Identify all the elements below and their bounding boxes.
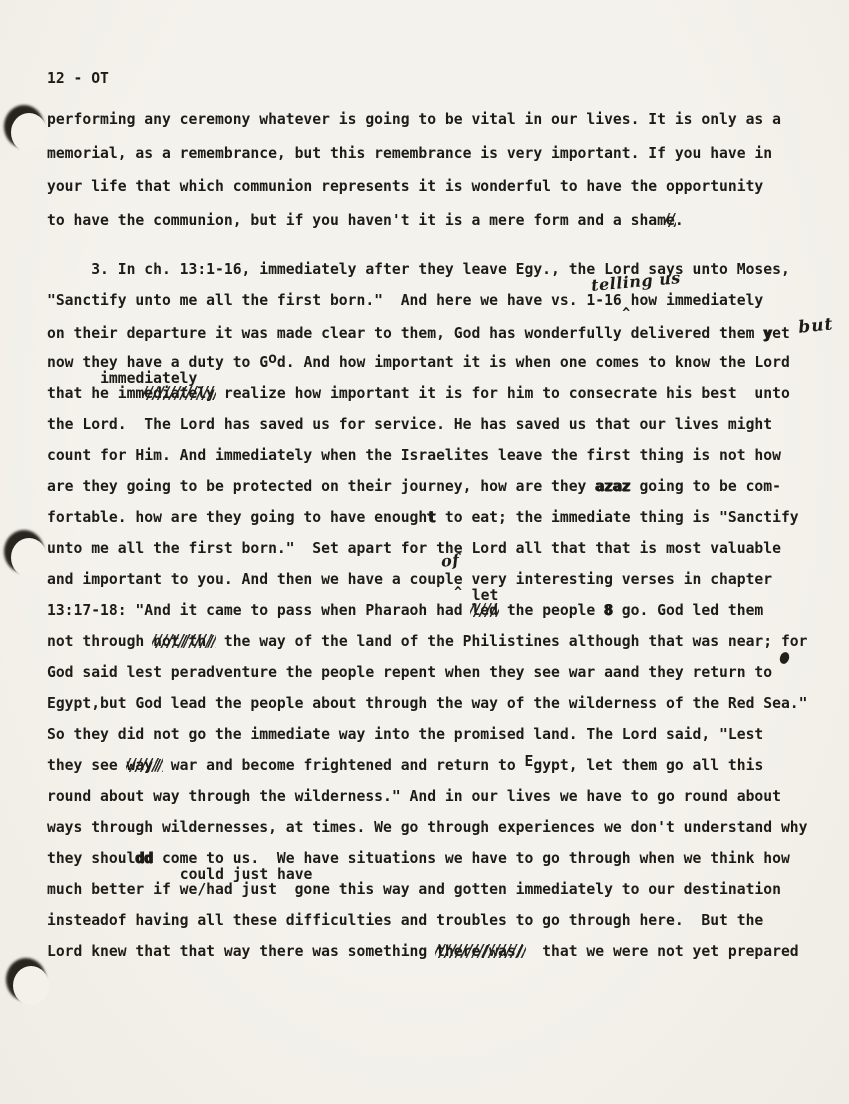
- typed-text: Lord knew that that way there was someth…: [47, 943, 436, 960]
- struck-out-text: ediately: [144, 385, 215, 402]
- text-line: and important to you. And then we have a…: [47, 571, 829, 602]
- text-line: ways through wildernesses, at times. We …: [47, 819, 829, 850]
- hole-punch-mark: [4, 105, 44, 148]
- text-line: the Lord. The Lord has saved us for serv…: [47, 416, 829, 447]
- text-line: So they did not go the immediate way int…: [47, 726, 829, 757]
- typed-text: fortable. how are they going to have eno…: [47, 509, 427, 526]
- page-number-header: 12 - OT: [47, 70, 829, 103]
- typed-text: o: [268, 350, 277, 367]
- struck-out-text: not/th/: [153, 633, 215, 650]
- text-line: on their departure it was made clear to …: [47, 323, 829, 354]
- text-line: to have the communion, but if you haven'…: [47, 212, 829, 246]
- insertion-caret-mark: ^: [622, 306, 630, 321]
- typed-text: 13:17-18: "And it came to pass when Phar…: [47, 602, 471, 619]
- typed-text: performing any ceremony whatever is goin…: [47, 111, 781, 128]
- handwritten-insertion: of: [440, 550, 460, 571]
- typed-text: go. God led them: [613, 602, 763, 619]
- struck-out-text: there/was/: [436, 943, 524, 960]
- typed-text: they shoul: [47, 850, 135, 867]
- typed-text: azaz: [595, 478, 630, 495]
- text-line: could just havemuch better if we/had jus…: [47, 881, 829, 912]
- typed-text: very interesting verses in chapter: [463, 571, 773, 588]
- typed-text: .: [675, 212, 684, 229]
- typed-text: t: [427, 509, 436, 526]
- text-line: "Sanctify unto me all the first born." A…: [47, 292, 829, 323]
- text-line: fortable. how are they going to have eno…: [47, 509, 829, 540]
- typed-text: count for Him. And immediately when the …: [47, 447, 781, 464]
- text-line: Egypt,but God lead the people about thro…: [47, 695, 829, 726]
- document-content: 12 - OT performing any ceremony whatever…: [47, 70, 829, 974]
- typed-text: not through: [47, 633, 153, 650]
- text-line: count for Him. And immediately when the …: [47, 447, 829, 478]
- typed-text: the Lord. The Lord has saved us for serv…: [47, 416, 772, 433]
- typed-text: round about way through the wilderness."…: [47, 788, 781, 805]
- handwritten-margin-note: but: [797, 314, 834, 338]
- typed-insertion-above: could just have: [180, 866, 313, 883]
- text-line: your life that which communion represent…: [47, 178, 829, 212]
- typed-text: the people: [498, 602, 604, 619]
- scanned-typescript-page: 12 - OT performing any ceremony whatever…: [0, 0, 849, 1104]
- typed-text: ways through wildernesses, at times. We …: [47, 819, 807, 836]
- text-line: performing any ceremony whatever is goin…: [47, 111, 829, 145]
- typed-text: insteadof having all these difficulties …: [47, 912, 763, 929]
- typed-text: to eat; the immediate thing is "Sanctify: [436, 509, 799, 526]
- text-line: memorial, as a remembrance, but this rem…: [47, 145, 829, 179]
- typed-text: much better if we/had just gone this way…: [47, 881, 781, 898]
- text-line: 3. In ch. 13:1-16, immediately after the…: [47, 261, 829, 292]
- typed-text: your life that which communion represent…: [47, 178, 763, 195]
- struck-out-text: e: [666, 212, 675, 229]
- typed-text: unto me all the first born." Set apart f…: [47, 540, 781, 557]
- typed-text: come to us. We have situations we have t…: [153, 850, 790, 867]
- typed-text: Egypt,but God lead the people about thro…: [47, 695, 807, 712]
- typed-text: 8: [604, 602, 613, 619]
- typed-text: are they going to be protected on their …: [47, 478, 595, 495]
- typed-text: that he imm: [47, 385, 144, 402]
- text-line: not through not/th/ the way of the land …: [47, 633, 829, 664]
- typed-text: now they have a duty to G: [47, 354, 268, 371]
- typed-text: So they did not go the immediate way int…: [47, 726, 763, 743]
- typed-text: realize how important it is for him to c…: [215, 385, 790, 402]
- typed-text: they see: [47, 757, 127, 774]
- text-line: unto me all the first born." Set apart f…: [47, 540, 829, 571]
- struck-out-text: led: [471, 602, 498, 619]
- text-line: immediatelythat he immediately realize h…: [47, 385, 829, 416]
- text-line: they shouldd come to us. We have situati…: [47, 850, 829, 881]
- typed-text: gypt, let them go all this: [533, 757, 763, 774]
- hole-punch-mark: [6, 958, 46, 1001]
- typed-text: war and become frightened and return to: [162, 757, 525, 774]
- typed-text: y: [763, 325, 772, 342]
- text-line: insteadof having all these difficulties …: [47, 912, 829, 943]
- typed-text: to have the communion, but if you haven'…: [47, 212, 666, 229]
- struck-out-text: way/: [127, 757, 162, 774]
- text-line: Lord knew that that way there was someth…: [47, 943, 829, 974]
- typed-text: God said lest peradventure the people re…: [47, 664, 772, 681]
- typed-text: E: [525, 753, 534, 770]
- typed-text: memorial, as a remembrance, but this rem…: [47, 145, 772, 162]
- document-body: performing any ceremony whatever is goin…: [47, 111, 829, 974]
- insertion-caret-mark: ^: [454, 585, 462, 600]
- hole-punch-mark: [4, 530, 44, 573]
- text-line: let13:17-18: "And it came to pass when P…: [47, 602, 829, 633]
- typed-text: that we were not yet prepared: [525, 943, 799, 960]
- text-line: God said lest peradventure the people re…: [47, 664, 829, 695]
- typed-text: and important to you. And then we have a…: [47, 571, 463, 588]
- text-line: round about way through the wilderness."…: [47, 788, 829, 819]
- text-line: they see way/ war and become frightened …: [47, 757, 829, 788]
- typed-text: the way of the land of the Philistines a…: [215, 633, 807, 650]
- typed-text: on their departure it was made clear to …: [47, 325, 763, 342]
- typed-text: "Sanctify unto me all the first born." A…: [47, 292, 763, 309]
- typed-text: d. And how important it is when one come…: [277, 354, 790, 371]
- typed-text: going to be com-: [631, 478, 781, 495]
- typed-text: dd: [135, 850, 153, 867]
- text-line: are they going to be protected on their …: [47, 478, 829, 509]
- typed-text: et: [772, 325, 799, 342]
